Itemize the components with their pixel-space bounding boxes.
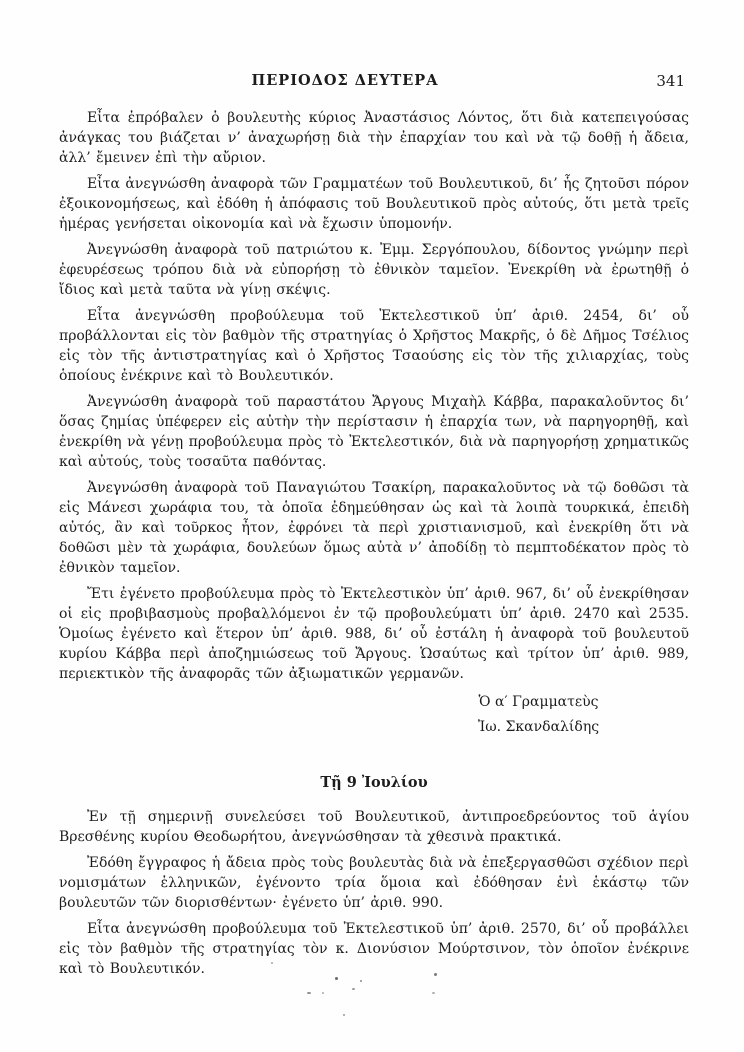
session-2-minutes: Ἐν τῇ σημερινῇ συνελεύσει τοῦ Βουλευτικο… [59, 807, 689, 979]
running-header: ΠΕΡΙΟΔΟΣ ΔΕΥΤΕΡΑ 341 [59, 72, 689, 92]
paragraph: Ἀνεγνώσθη ἀναφορὰ τοῦ παραστάτου Ἄργους … [59, 392, 689, 472]
signature-name: Ἰω. Σκανδαλίδης [431, 715, 646, 740]
signature-role: Ὁ α′ Γραμματεὺς [431, 690, 646, 715]
scan-speck [343, 1014, 345, 1016]
paragraph: Εἶτα ἀνεγνώσθη ἀναφορὰ τῶν Γραμματέων το… [59, 174, 689, 234]
scan-speck [432, 992, 435, 994]
paragraph: Ἀνεγνώσθη ἀναφορὰ τοῦ Παναγιώτου Τσακίρη… [59, 478, 689, 578]
session-1-minutes: Εἶτα ἐπρόβαλεν ὁ βουλευτὴς κύριος Ἀναστά… [59, 108, 689, 684]
paragraph: Ἀνεγνώσθη ἀναφορὰ τοῦ πατριώτου κ. Ἐμμ. … [59, 240, 689, 300]
paragraph: Εἶτα ἐπρόβαλεν ὁ βουλευτὴς κύριος Ἀναστά… [59, 108, 689, 168]
scan-speck [307, 992, 311, 994]
paragraph: Εἶτα ἀνεγνώσθη προβούλευμα τοῦ Ἐκτελεστι… [59, 306, 689, 386]
paragraph: Ἐν τῇ σημερινῇ συνελεύσει τοῦ Βουλευτικο… [59, 807, 689, 847]
signature-block: Ὁ α′ Γραμματεὺς Ἰω. Σκανδαλίδης [431, 690, 646, 740]
paragraph: Ἔτι ἐγένετο προβούλευμα πρὸς τὸ Ἐκτελεστ… [59, 584, 689, 684]
paragraph: Εἶτα ἀνεγνώσθη προβούλευμα τοῦ Ἐκτελεστι… [59, 919, 689, 979]
page-title: ΠΕΡΙΟΔΟΣ ΔΕΥΤΕΡΑ [59, 72, 631, 89]
scan-speck [352, 988, 355, 990]
session-date-heading: Τῇ 9 Ἰουλίου [59, 774, 689, 791]
paragraph: Ἐδόθη ἔγγραφος ἡ ἄδεια πρὸς τοὺς βουλευτ… [59, 853, 689, 913]
scan-speck [322, 992, 324, 994]
document-page: ΠΕΡΙΟΔΟΣ ΔΕΥΤΕΡΑ 341 Εἶτα ἐπρόβαλεν ὁ βο… [0, 0, 744, 1052]
page-number: 341 [656, 72, 685, 90]
page-content: ΠΕΡΙΟΔΟΣ ΔΕΥΤΕΡΑ 341 Εἶτα ἐπρόβαλεν ὁ βο… [59, 72, 689, 985]
